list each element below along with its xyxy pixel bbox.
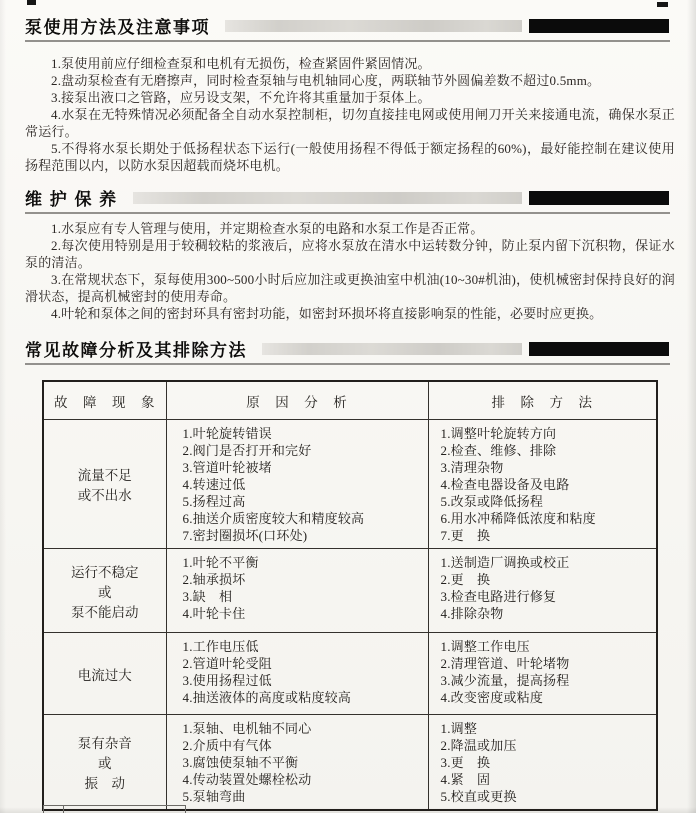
- cause-item: 2.介质中有气体: [183, 737, 424, 754]
- fault-phenomenon-line: 电流过大: [78, 664, 132, 684]
- table-row: 电流过大 1.工作电压低2.管道叶轮受阻3.使用扬程过低4.抽送液体的高度或粘度…: [43, 633, 657, 715]
- fault-phenomenon-line: 运行不稳定: [71, 561, 139, 581]
- remedy-item: 4.排除杂物: [441, 605, 653, 622]
- cause-item: 2.管道叶轮受阻: [183, 655, 424, 672]
- usage-note-item: 2.盘动泵检查有无磨擦声，同时检查泵轴与电机轴同心度，两联轴节外圆偏差数不超过0…: [25, 72, 675, 89]
- scan-edge-left: [0, 0, 6, 813]
- scan-edge-right: [687, 0, 696, 813]
- cause-cell: 1.叶轮不平衡2.轴承损坏3.缺 相4.叶轮卡住: [166, 549, 428, 633]
- maintenance-paragraphs: 1.水泵应有专人管理与使用，并定期检查水泵的电路和水泵工作是否正常。2.每次使用…: [25, 220, 675, 322]
- cause-item: 2.阀门是否打开和完好: [183, 442, 424, 459]
- remedy-item: 2.清理管道、叶轮堵物: [441, 655, 653, 672]
- usage-note-item: 1.泵使用前应仔细检查泵和电机有无损伤，检查紧固件紧固情况。: [25, 55, 675, 72]
- header-black-bar: [529, 191, 669, 205]
- remedy-item: 5.改泵或降低扬程: [441, 493, 653, 510]
- remedy-item: 1.调整: [441, 720, 653, 737]
- table-row: 流量不足或不出水 1.叶轮旋转错误2.阀门是否打开和完好3.管道叶轮被堵4.转速…: [43, 420, 657, 549]
- remedy-cell: 1.调整叶轮旋转方向2.检查、维修、排除3.清理杂物4.检查电器设备及电路5.改…: [428, 420, 657, 549]
- remedy-item: 3.清理杂物: [441, 459, 653, 476]
- fault-phenomenon-line: 泵不能启动: [71, 601, 139, 621]
- remedy-item: 4.改变密度或粘度: [441, 689, 653, 706]
- maintenance-item: 4.叶轮和泵体之间的密封环具有密封功能，如密封环损坏将直接影响泵的性能，必要时应…: [25, 305, 675, 322]
- maintenance-item: 1.水泵应有专人管理与使用，并定期检查水泵的电路和水泵工作是否正常。: [25, 220, 675, 237]
- section-title-troubleshooting: 常见故障分析及其排除方法: [25, 336, 247, 364]
- cause-item: 3.管道叶轮被堵: [183, 459, 424, 476]
- remedy-cell: 1.送制造厂调换或校正2.更 换3.检查电路进行修复4.排除杂物: [428, 549, 657, 633]
- table-header-row: 故 障 现 象 原 因 分 析 排 除 方 法: [43, 381, 657, 420]
- header-black-bar: [529, 342, 669, 356]
- section-header-maintenance: 维 护 保 养: [25, 184, 669, 214]
- fault-cell: 运行不稳定或泵不能启动: [43, 549, 166, 633]
- cause-item: 1.工作电压低: [183, 638, 424, 655]
- remedy-item: 3.减少流量，提高扬程: [441, 672, 653, 689]
- fault-phenomenon-line: 流量不足: [78, 464, 132, 484]
- maintenance-item: 2.每次使用特别是用于较稠较粘的浆液后，应将水泵放在清水中运转数分钟，防止泵内留…: [25, 237, 675, 271]
- fault-cell: 电流过大: [43, 633, 166, 715]
- cause-item: 4.抽送液体的高度或粘度较高: [183, 689, 424, 706]
- header-gray-bar: [225, 20, 522, 32]
- section-title-usage: 泵使用方法及注意事项: [25, 13, 210, 41]
- header-gray-bar: [262, 343, 522, 355]
- fault-phenomenon-line: 或: [98, 581, 112, 601]
- maintenance-item: 3.在常规状态下，泵每使用300~500小时后应加注或更换油室中机油(10~30…: [25, 271, 675, 305]
- remedy-item: 2.更 换: [441, 571, 653, 588]
- remedy-item: 2.检查、维修、排除: [441, 442, 653, 459]
- section-header-usage: 泵使用方法及注意事项: [25, 12, 669, 42]
- scan-edge-bottom: [0, 807, 696, 813]
- cause-item: 2.轴承损坏: [183, 571, 424, 588]
- remedy-item: 1.送制造厂调换或校正: [441, 554, 653, 571]
- header-gray-bar: [133, 192, 522, 204]
- remedy-item: 1.调整叶轮旋转方向: [441, 425, 653, 442]
- usage-note-item: 3.接泵出液口之管路，应另设支架，不允许将其重量加于泵体上。: [25, 89, 675, 106]
- header-black-bar: [529, 19, 669, 33]
- remedy-item: 4.检查电器设备及电路: [441, 476, 653, 493]
- column-header-cause: 原 因 分 析: [166, 381, 428, 420]
- remedy-cell: 1.调整2.降温或加压3.更 换4.紧 固5.校直或更换: [428, 715, 657, 811]
- fault-phenomenon-line: 或不出水: [78, 484, 132, 504]
- cause-cell: 1.工作电压低2.管道叶轮受阻3.使用扬程过低4.抽送液体的高度或粘度较高: [166, 633, 428, 715]
- cause-item: 3.缺 相: [183, 588, 424, 605]
- remedy-item: 6.用水冲稀降低浓度和粘度: [441, 510, 653, 527]
- remedy-item: 7.更 换: [441, 527, 653, 544]
- remedy-item: 5.校直或更换: [441, 788, 653, 805]
- cause-item: 4.传动装置处螺栓松动: [183, 771, 424, 788]
- remedy-item: 3.更 换: [441, 754, 653, 771]
- section-header-troubleshooting: 常见故障分析及其排除方法: [25, 335, 669, 365]
- fault-cell: 泵有杂音或振 动: [43, 715, 166, 811]
- usage-notes-paragraphs: 1.泵使用前应仔细检查泵和电机有无损伤，检查紧固件紧固情况。2.盘动泵检查有无磨…: [25, 55, 675, 174]
- cause-cell: 1.叶轮旋转错误2.阀门是否打开和完好3.管道叶轮被堵4.转速过低5.扬程过高6…: [166, 420, 428, 549]
- cause-item: 1.叶轮不平衡: [183, 554, 424, 571]
- cause-cell: 1.泵轴、电机轴不同心2.介质中有气体3.腐蚀使泵轴不平衡4.传动装置处螺栓松动…: [166, 715, 428, 811]
- usage-note-item: 4.水泵在无特殊情况必须配备全自动水泵控制柜，切勿直接挂电网或使用闸刀开关来接通…: [25, 106, 675, 140]
- section-title-maintenance: 维 护 保 养: [25, 185, 118, 213]
- remedy-cell: 1.调整工作电压2.清理管道、叶轮堵物3.减少流量，提高扬程4.改变密度或粘度: [428, 633, 657, 715]
- remedy-item: 2.降温或加压: [441, 737, 653, 754]
- cause-item: 1.叶轮旋转错误: [183, 425, 424, 442]
- cause-item: 3.腐蚀使泵轴不平衡: [183, 754, 424, 771]
- cause-item: 7.密封圈损坏(口环处): [183, 527, 424, 544]
- remedy-item: 3.检查电路进行修复: [441, 588, 653, 605]
- column-header-fault: 故 障 现 象: [43, 381, 166, 420]
- cause-item: 1.泵轴、电机轴不同心: [183, 720, 424, 737]
- scan-artifact-top-left: [27, 0, 36, 5]
- fault-phenomenon-line: 或: [98, 752, 112, 772]
- cause-item: 3.使用扬程过低: [183, 672, 424, 689]
- cause-item: 5.扬程过高: [183, 493, 424, 510]
- manual-page: 泵使用方法及注意事项 1.泵使用前应仔细检查泵和电机有无损伤，检查紧固件紧固情况…: [0, 0, 696, 813]
- fault-cell: 流量不足或不出水: [43, 420, 166, 549]
- column-header-remedy: 排 除 方 法: [428, 381, 657, 420]
- cause-item: 4.叶轮卡住: [183, 605, 424, 622]
- fault-phenomenon-line: 泵有杂音: [78, 732, 132, 752]
- remedy-item: 4.紧 固: [441, 771, 653, 788]
- cause-item: 4.转速过低: [183, 476, 424, 493]
- fault-phenomenon-line: 振 动: [85, 772, 126, 792]
- scan-artifact-top-right: [657, 2, 668, 7]
- table-row: 泵有杂音或振 动 1.泵轴、电机轴不同心2.介质中有气体3.腐蚀使泵轴不平衡4.…: [43, 715, 657, 811]
- fault-analysis-table: 故 障 现 象 原 因 分 析 排 除 方 法 流量不足或不出水 1.叶轮旋转错…: [42, 380, 658, 811]
- cause-item: 5.泵轴弯曲: [183, 788, 424, 805]
- remedy-item: 1.调整工作电压: [441, 638, 653, 655]
- cause-item: 6.抽送介质密度较大和精度较高: [183, 510, 424, 527]
- table-row: 运行不稳定或泵不能启动 1.叶轮不平衡2.轴承损坏3.缺 相4.叶轮卡住 1.送…: [43, 549, 657, 633]
- usage-note-item: 5.不得将水泵长期处于低扬程状态下运行(一般使用扬程不得低于额定扬程的60%)，…: [25, 140, 675, 174]
